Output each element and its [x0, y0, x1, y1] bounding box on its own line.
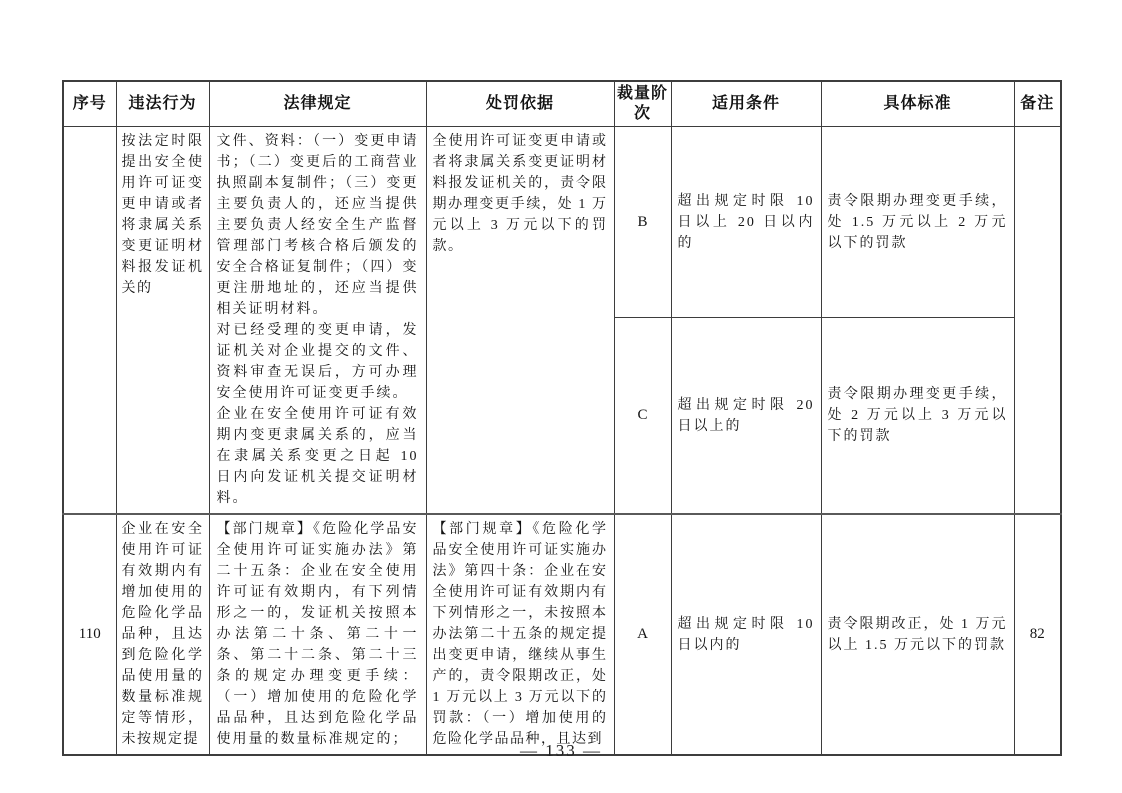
col-header-standard: 具体标准 [821, 81, 1014, 127]
col-header-legal-provision: 法律规定 [209, 81, 426, 127]
col-header-penalty-basis: 处罚依据 [426, 81, 614, 127]
cell-penalty-basis: 全使用许可证变更申请或者将隶属关系变更证明材料报发证机关的，责令限期办理变更手续… [426, 127, 614, 515]
cell-legal-provision: 文件、资料：（一）变更申请书；（二）变更后的工商营业执照副本复制件；（三）变更主… [209, 127, 426, 515]
cell-tier-level: B [614, 127, 671, 318]
col-header-tier-level: 裁量阶次 [614, 81, 671, 127]
cell-seq: 110 [63, 514, 116, 755]
cell-legal-provision: 【部门规章】《危险化学品安全使用许可证实施办法》第二十五条：企业在安全使用许可证… [209, 514, 426, 755]
cell-standard: 责令限期办理变更手续，处 1.5 万元以上 2 万元以下的罚款 [821, 127, 1014, 318]
col-header-condition: 适用条件 [671, 81, 821, 127]
table-row-continuation-tier-b: 按法定时限提出安全使用许可证变更申请或者将隶属关系变更证明材料报发证机关的 文件… [63, 127, 1061, 318]
cell-seq [63, 127, 116, 515]
cell-remark: 82 [1014, 514, 1061, 755]
document-page: 序号 违法行为 法律规定 处罚依据 裁量阶次 适用条件 具体标准 备注 按法定时… [0, 0, 1122, 793]
page-number: — 133 — [0, 741, 1122, 761]
cell-standard: 责令限期改正，处 1 万元以上 1.5 万元以下的罚款 [821, 514, 1014, 755]
header-row: 序号 违法行为 法律规定 处罚依据 裁量阶次 适用条件 具体标准 备注 [63, 81, 1061, 127]
col-header-seq: 序号 [63, 81, 116, 127]
table-row-110: 110 企业在安全使用许可证有效期内有增加使用的危险化学品品种，且达到危险化学品… [63, 514, 1061, 755]
cell-penalty-basis: 【部门规章】《危险化学品安全使用许可证实施办法》第四十条：企业在安全使用许可证有… [426, 514, 614, 755]
cell-violation: 按法定时限提出安全使用许可证变更申请或者将隶属关系变更证明材料报发证机关的 [116, 127, 209, 515]
cell-condition: 超出规定时限 20 日以上的 [671, 318, 821, 514]
cell-condition: 超出规定时限 10 日以内的 [671, 514, 821, 755]
col-header-remark: 备注 [1014, 81, 1061, 127]
cell-violation: 企业在安全使用许可证有效期内有增加使用的危险化学品品种，且达到危险化学品使用量的… [116, 514, 209, 755]
cell-tier-level: A [614, 514, 671, 755]
col-header-violation: 违法行为 [116, 81, 209, 127]
cell-remark [1014, 127, 1061, 515]
cell-condition: 超出规定时限 10 日以上 20 日以内的 [671, 127, 821, 318]
cell-standard: 责令限期办理变更手续，处 2 万元以上 3 万元以下的罚款 [821, 318, 1014, 514]
penalty-discretion-table: 序号 违法行为 法律规定 处罚依据 裁量阶次 适用条件 具体标准 备注 按法定时… [62, 80, 1062, 756]
cell-tier-level: C [614, 318, 671, 514]
